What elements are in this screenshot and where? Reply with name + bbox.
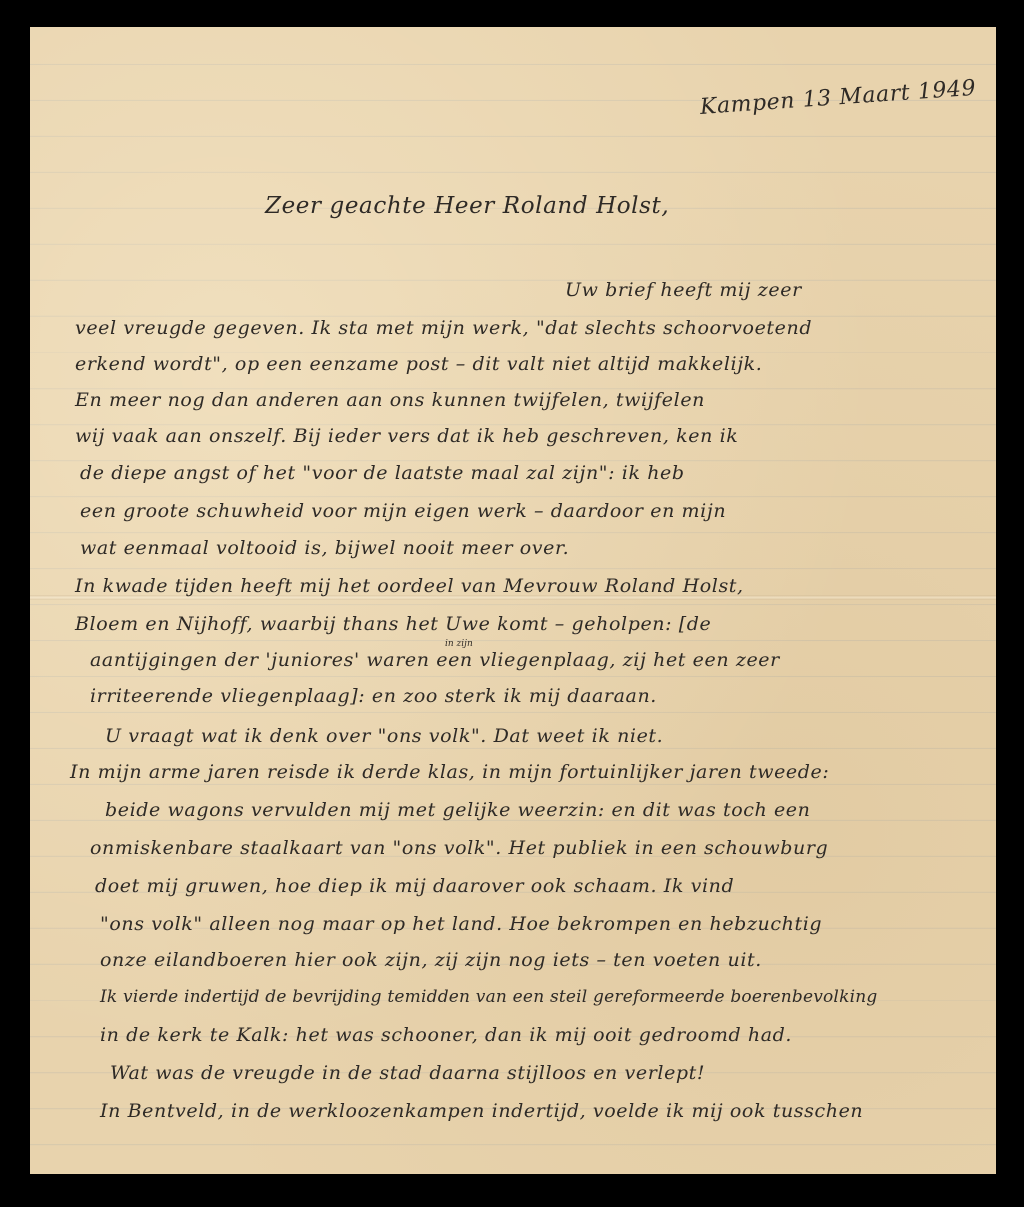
letter-line-7: een groote schuwheid voor mijn eigen wer… xyxy=(80,500,726,522)
letter-page: Kampen 13 Maart 1949 Zeer geachte Heer R… xyxy=(30,27,996,1174)
letter-line-12: irriteerende vliegenplaag]: en zoo sterk… xyxy=(90,685,657,707)
letter-line-3: erkend wordt", op een eenzame post – dit… xyxy=(75,353,762,375)
letter-line-5: wij vaak aan onszelf. Bij ieder vers dat… xyxy=(75,425,738,447)
letter-line-15: beide wagons vervulden mij met gelijke w… xyxy=(105,799,810,821)
place-date: Kampen 13 Maart 1949 xyxy=(699,76,977,120)
letter-line-14: In mijn arme jaren reisde ik derde klas,… xyxy=(70,761,829,783)
letter-line-8: wat eenmaal voltooid is, bijwel nooit me… xyxy=(80,537,569,559)
letter-line-17: doet mij gruwen, hoe diep ik mij daarove… xyxy=(95,875,734,897)
letter-line-6: de diepe angst of het "voor de laatste m… xyxy=(80,462,685,484)
interlinear-insertion: in zijn xyxy=(445,639,473,649)
letter-line-9: In kwade tijden heeft mij het oordeel va… xyxy=(75,575,744,597)
letter-line-2: veel vreugde gegeven. Ik sta met mijn we… xyxy=(75,317,812,339)
letter-line-21: in de kerk te Kalk: het was schooner, da… xyxy=(100,1024,792,1046)
letter-line-22: Wat was de vreugde in de stad daarna sti… xyxy=(110,1062,705,1084)
letter-line-16: onmiskenbare staalkaart van "ons volk". … xyxy=(90,837,828,859)
letter-line-23: In Bentveld, in de werkloozenkampen inde… xyxy=(100,1100,863,1122)
letter-line-10: Bloem en Nijhoff, waarbij thans het Uwe … xyxy=(75,613,711,635)
letter-line-18: "ons volk" alleen nog maar op het land. … xyxy=(100,913,822,935)
letter-line-13: U vraagt wat ik denk over "ons volk". Da… xyxy=(105,725,663,747)
salutation: Zeer geachte Heer Roland Holst, xyxy=(265,193,669,219)
letter-line-1: Uw brief heeft mij zeer xyxy=(565,279,802,301)
letter-line-4: En meer nog dan anderen aan ons kunnen t… xyxy=(75,389,705,411)
letter-line-20: Ik vierde indertijd de bevrijding temidd… xyxy=(100,987,877,1007)
letter-line-19: onze eilandboeren hier ook zijn, zij zij… xyxy=(100,949,762,971)
letter-line-11: aantijgingen der 'juniores' waren een vl… xyxy=(90,649,780,671)
